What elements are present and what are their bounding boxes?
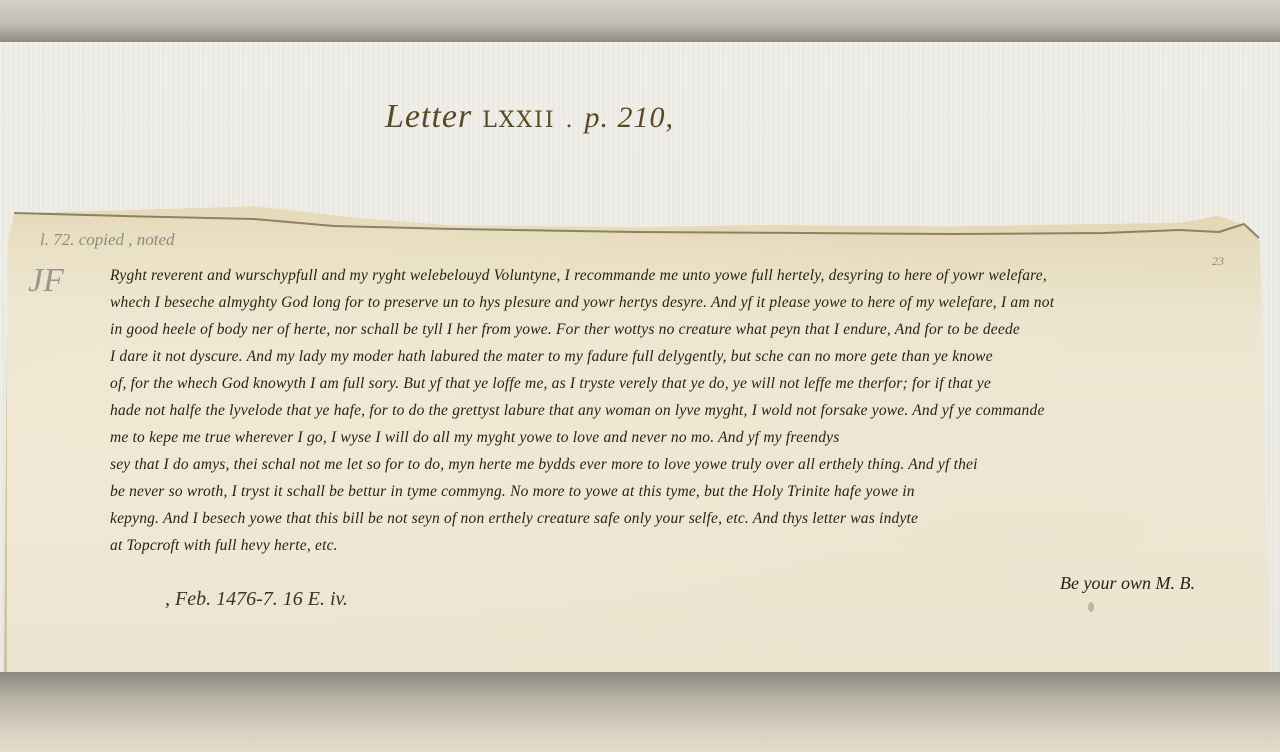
bottom-shadow-band [0, 672, 1280, 752]
letter-body: Ryght reverent and wurschypfull and my r… [110, 262, 1245, 559]
letter-line: I dare it not dyscure. And my lady my mo… [110, 343, 1245, 370]
ink-stain [1088, 602, 1094, 612]
letter-line: at Topcroft with full hevy herte, etc. [110, 532, 1245, 559]
letter-line: in good heele of body ner of herte, nor … [110, 316, 1245, 343]
catalog-heading: Letter LXXII . p. 210, [385, 98, 674, 136]
archivist-initials: JF [28, 262, 64, 300]
top-shadow-band [0, 0, 1280, 42]
signature: Be your own M. B. [1060, 573, 1195, 594]
page-reference: p. 210, [585, 101, 675, 135]
letter-line: of, for the whech God knowyth I am full … [110, 370, 1245, 397]
letter-line: sey that I do amys, thei schal not me le… [110, 451, 1245, 478]
date-annotation: , Feb. 1476-7. 16 E. iv. [165, 588, 348, 611]
letter-line: kepyng. And I besech yowe that this bill… [110, 505, 1245, 532]
letter-line: me to kepe me true wherever I go, I wyse… [110, 424, 1245, 451]
document-viewer: Letter LXXII . p. 210, l. 72. copied , n… [0, 0, 1280, 752]
letter-line: hade not halfe the lyvelode that ye hafe… [110, 397, 1245, 424]
letter-line: Ryght reverent and wurschypfull and my r… [110, 262, 1245, 289]
letter-line: be never so wroth, I tryst it schall be … [110, 478, 1245, 505]
archival-reference-note: l. 72. copied , noted [40, 230, 175, 250]
catalog-separator: . [566, 108, 575, 133]
letter-number: LXXII [482, 108, 555, 133]
catalog-label: Letter [385, 98, 472, 136]
letter-line: whech I beseche almyghty God long for to… [110, 289, 1245, 316]
